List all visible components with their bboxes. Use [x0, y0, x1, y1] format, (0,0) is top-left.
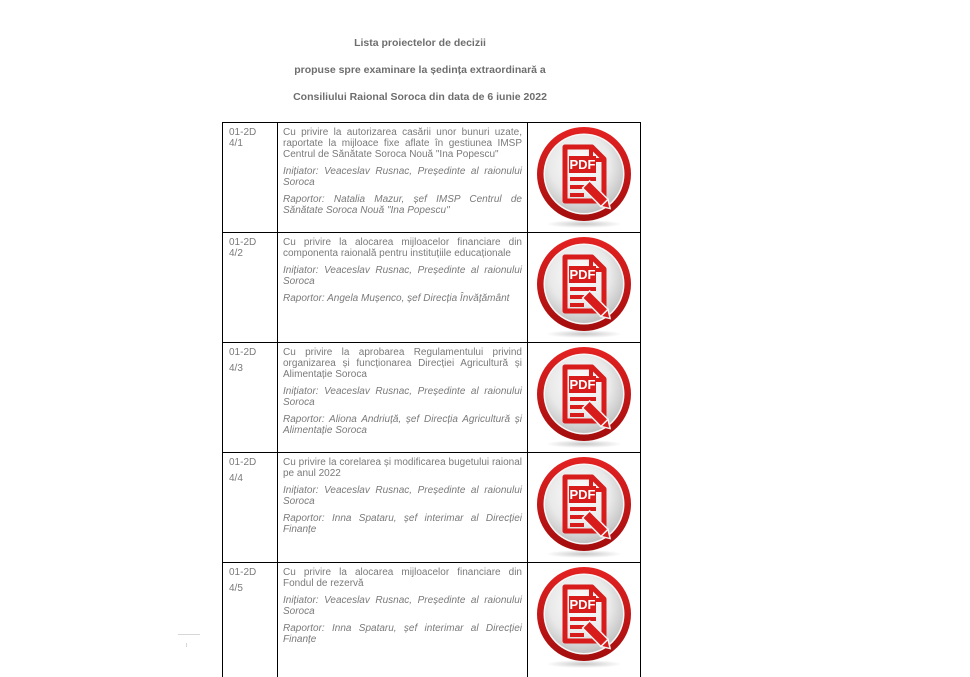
page-margin-tick	[186, 643, 187, 647]
table-row: 01-2D 4/3 Cu privire la aprobarea Regula…	[223, 343, 641, 453]
document-subtitle-date: Consiliului Raional Soroca din data de 6…	[0, 91, 840, 103]
pdf-document-icon[interactable]	[534, 345, 634, 449]
project-download	[528, 233, 641, 343]
project-code: 01-2D 4/1	[223, 123, 278, 233]
project-raportor: Raportor: Angela Mușenco, șef Direcția Î…	[283, 293, 522, 304]
project-download	[528, 123, 641, 233]
project-title: Cu privire la autorizarea casării unor b…	[283, 127, 522, 160]
project-raportor: Raportor: Inna Spataru, șef interimar al…	[283, 513, 522, 535]
pdf-document-icon[interactable]	[534, 125, 634, 229]
project-raportor: Raportor: Inna Spataru, șef interimar al…	[283, 623, 522, 645]
table-row: 01-2D 4/1 Cu privire la autorizarea casă…	[223, 123, 641, 233]
pdf-document-icon[interactable]	[534, 235, 634, 339]
table-row: 01-2D 4/4 Cu privire la corelarea și mod…	[223, 453, 641, 563]
project-initiator: Inițiator: Veaceslav Rusnac, Președinte …	[283, 166, 522, 188]
document-subtitle: propuse spre examinare la ședința extrao…	[0, 64, 840, 76]
project-download	[528, 563, 641, 677]
project-code-number: 4/1	[229, 138, 277, 149]
project-title: Cu privire la alocarea mijloacelor finan…	[283, 567, 522, 589]
project-code-prefix: 01-2D	[229, 457, 277, 468]
project-description: Cu privire la aprobarea Regulamentului p…	[278, 343, 528, 453]
project-raportor: Raportor: Natalia Mazur, șef IMSP Centru…	[283, 194, 522, 216]
project-description: Cu privire la alocarea mijloacelor finan…	[278, 563, 528, 677]
document-title: Lista proiectelor de decizii	[0, 37, 840, 49]
project-download	[528, 343, 641, 453]
project-code: 01-2D 4/5	[223, 563, 278, 677]
page-margin-mark	[178, 634, 200, 635]
project-code-number: 4/3	[229, 363, 277, 374]
project-description: Cu privire la alocarea mijloacelor finan…	[278, 233, 528, 343]
project-code-number: 4/4	[229, 473, 277, 484]
projects-table: 01-2D 4/1 Cu privire la autorizarea casă…	[222, 122, 641, 677]
project-title: Cu privire la alocarea mijloacelor finan…	[283, 237, 522, 259]
project-description: Cu privire la corelarea și modificarea b…	[278, 453, 528, 563]
project-title: Cu privire la corelarea și modificarea b…	[283, 457, 522, 479]
project-initiator: Inițiator: Veaceslav Rusnac, Președinte …	[283, 595, 522, 617]
project-initiator: Inițiator: Veaceslav Rusnac, Președinte …	[283, 485, 522, 507]
pdf-document-icon[interactable]	[534, 565, 634, 669]
pdf-document-icon[interactable]	[534, 455, 634, 559]
project-title: Cu privire la aprobarea Regulamentului p…	[283, 347, 522, 380]
project-code: 01-2D 4/3	[223, 343, 278, 453]
project-code-number: 4/2	[229, 248, 277, 259]
project-description: Cu privire la autorizarea casării unor b…	[278, 123, 528, 233]
project-code-number: 4/5	[229, 583, 277, 594]
project-initiator: Inițiator: Veaceslav Rusnac, Președinte …	[283, 386, 522, 408]
project-initiator: Inițiator: Veaceslav Rusnac, Președinte …	[283, 265, 522, 287]
project-code-prefix: 01-2D	[229, 127, 277, 138]
project-code-prefix: 01-2D	[229, 237, 277, 248]
project-download	[528, 453, 641, 563]
project-code-prefix: 01-2D	[229, 347, 277, 358]
project-code: 01-2D 4/4	[223, 453, 278, 563]
project-raportor: Raportor: Aliona Andriuță, șef Direcția …	[283, 414, 522, 436]
table-row: 01-2D 4/2 Cu privire la alocarea mijloac…	[223, 233, 641, 343]
project-code-prefix: 01-2D	[229, 567, 277, 578]
project-code: 01-2D 4/2	[223, 233, 278, 343]
table-row: 01-2D 4/5 Cu privire la alocarea mijloac…	[223, 563, 641, 677]
